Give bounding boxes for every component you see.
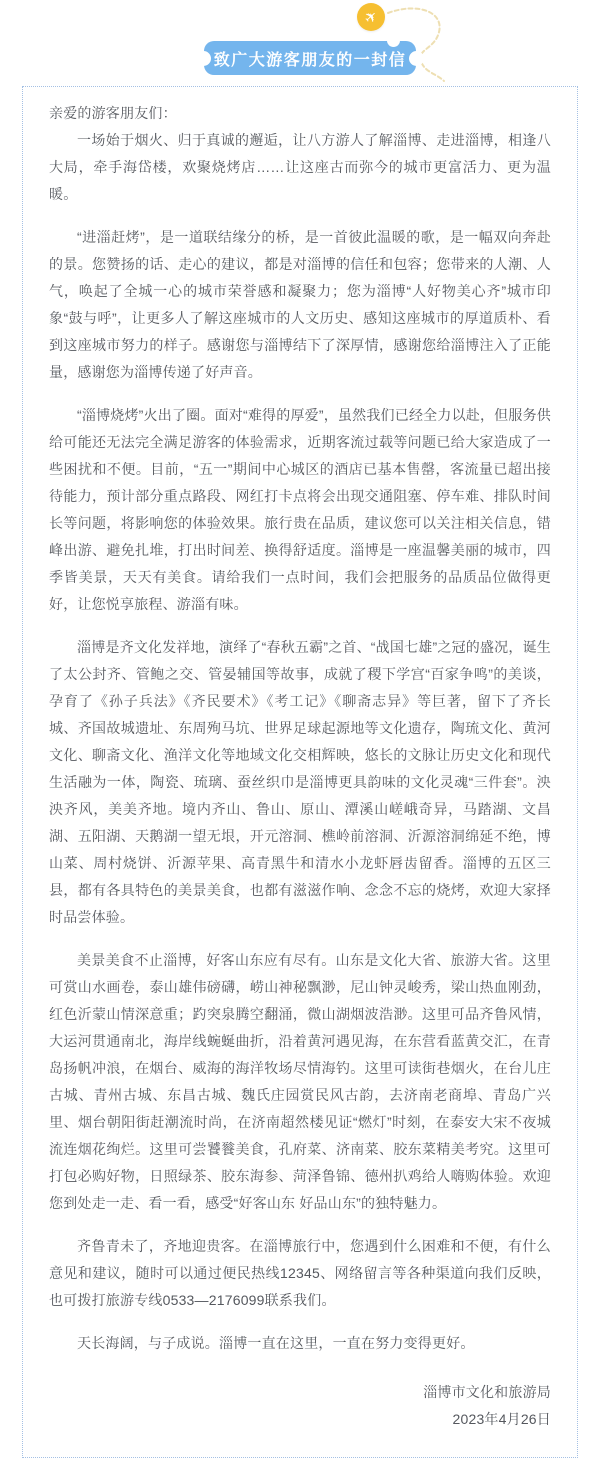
signature-block: 淄博市文化和旅游局 2023年4月26日 bbox=[49, 1379, 551, 1433]
title-banner: 致广大游客朋友的一封信 bbox=[204, 41, 416, 75]
page-title: 致广大游客朋友的一封信 bbox=[214, 47, 407, 70]
paragraph-6: 齐鲁青未了，齐地迎贵客。在淄博旅行中，您遇到什么困难和不便，有什么意见和建议，随… bbox=[49, 1233, 551, 1314]
plane-badge: ✈ bbox=[357, 3, 385, 31]
letter-card: 亲爱的游客朋友们： 一场始于烟火、归于真诚的邂逅，让八方游人了解淄博、走进淄博，… bbox=[22, 86, 578, 1458]
paragraph-1: 一场始于烟火、归于真诚的邂逅，让八方游人了解淄博、走进淄博，相逢八大局，牵手海岱… bbox=[49, 127, 551, 208]
letter-page: ✈ 致广大游客朋友的一封信 亲爱的游客朋友们： 一场始于烟火、归于真诚的邂逅，让… bbox=[0, 0, 600, 1458]
banner-notch-top bbox=[387, 34, 400, 47]
signature-org: 淄博市文化和旅游局 bbox=[49, 1379, 551, 1406]
paragraph-7: 天长海阔，与子成说。淄博一直在这里，一直在努力变得更好。 bbox=[49, 1330, 551, 1357]
plane-icon: ✈ bbox=[361, 7, 380, 27]
letter-header: ✈ 致广大游客朋友的一封信 bbox=[0, 0, 600, 86]
paragraph-4: 淄博是齐文化发祥地，演绎了“春秋五霸”之首、“战国七雄”之冠的盛况，诞生了太公封… bbox=[49, 634, 551, 931]
signature-date: 2023年4月26日 bbox=[49, 1406, 551, 1433]
paragraph-3: “淄博烧烤”火出了圈。面对“难得的厚爱”，虽然我们已经全力以赴，但服务供给可能还… bbox=[49, 402, 551, 618]
banner-notch-right bbox=[409, 51, 424, 66]
banner-notch-left bbox=[196, 51, 211, 66]
salutation: 亲爱的游客朋友们： bbox=[49, 100, 551, 127]
paragraph-2: “进淄赶烤”，是一道联结缘分的桥，是一首彼此温暖的歌，是一幅双向奔赴的景。您赞扬… bbox=[49, 224, 551, 386]
paragraph-5: 美景美食不止淄博，好客山东应有尽有。山东是文化大省、旅游大省。这里可赏山水画卷，… bbox=[49, 947, 551, 1217]
